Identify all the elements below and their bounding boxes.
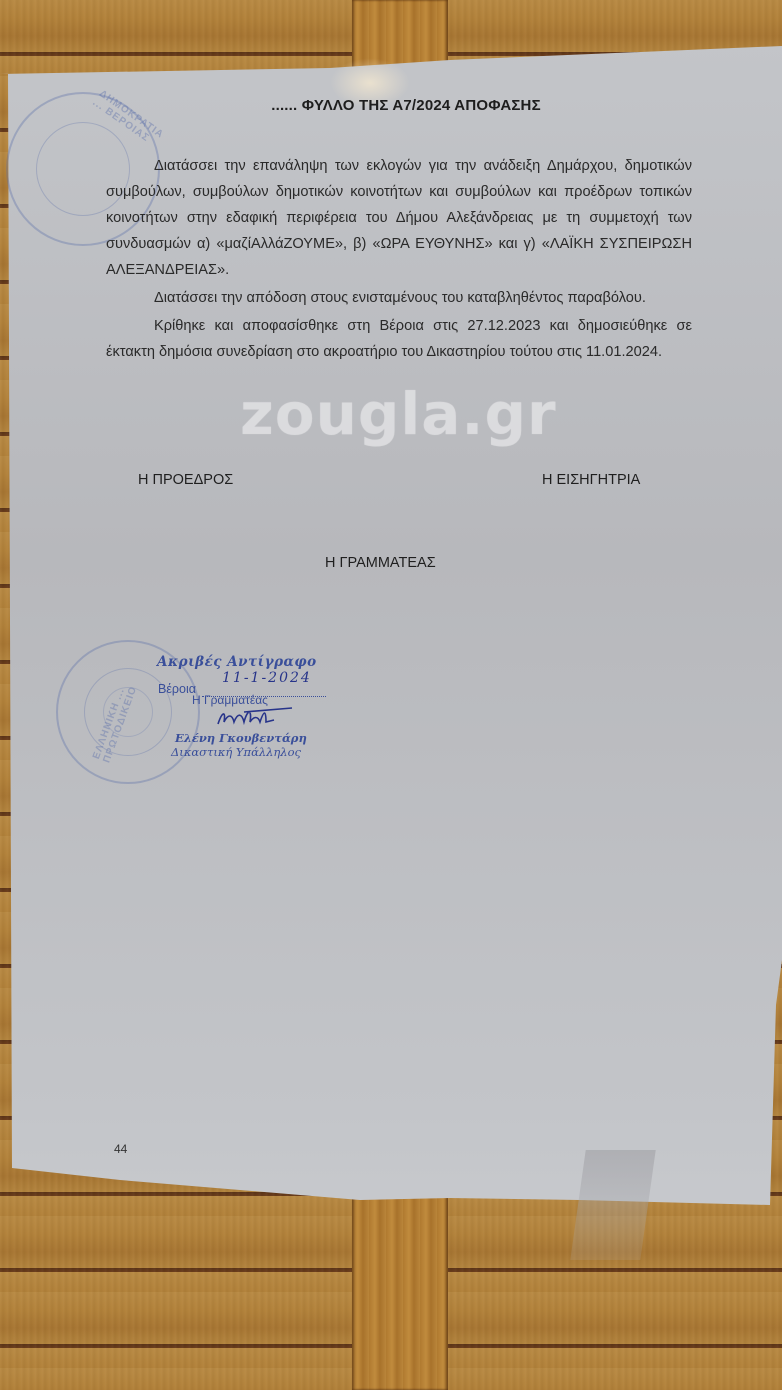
clerk-name: Ελένη Γκουβεντάρη bbox=[175, 731, 307, 745]
document-title: ...... ΦΥΛΛΟ ΤΗΣ Α7/2024 ΑΠΟΦΑΣΗΣ bbox=[0, 97, 782, 114]
watermark: zougla.gr bbox=[240, 380, 557, 448]
paragraph-fee-refund: Διατάσσει την απόδοση στους ενισταμένους… bbox=[106, 285, 692, 311]
certified-copy-title: Ακριβές Αντίγραφο bbox=[157, 654, 317, 670]
signature-president: Η ΠΡΟΕΔΡΟΣ bbox=[138, 472, 233, 488]
paragraph-election-repeat: Διατάσσει την επανάληψη των εκλογών για … bbox=[106, 153, 692, 283]
certified-copy-place: Βέροια bbox=[158, 682, 196, 696]
handwritten-date: 11-1-2024 bbox=[222, 670, 312, 686]
paragraph-decision-date: Κρίθηκε και αποφασίσθηκε στη Βέροια στις… bbox=[106, 313, 692, 365]
signature-secretary: Η ΓΡΑΜΜΑΤΕΑΣ bbox=[325, 555, 436, 571]
clerk-position: Δικαστική Υπάλληλος bbox=[171, 745, 301, 759]
signature-rapporteur: Η ΕΙΣΗΓΗΤΡΙΑ bbox=[542, 472, 640, 488]
document-body: Διατάσσει την επανάληψη των εκλογών για … bbox=[106, 153, 692, 365]
page-number: 44 bbox=[114, 1142, 127, 1156]
handwritten-signature-icon bbox=[214, 704, 294, 730]
